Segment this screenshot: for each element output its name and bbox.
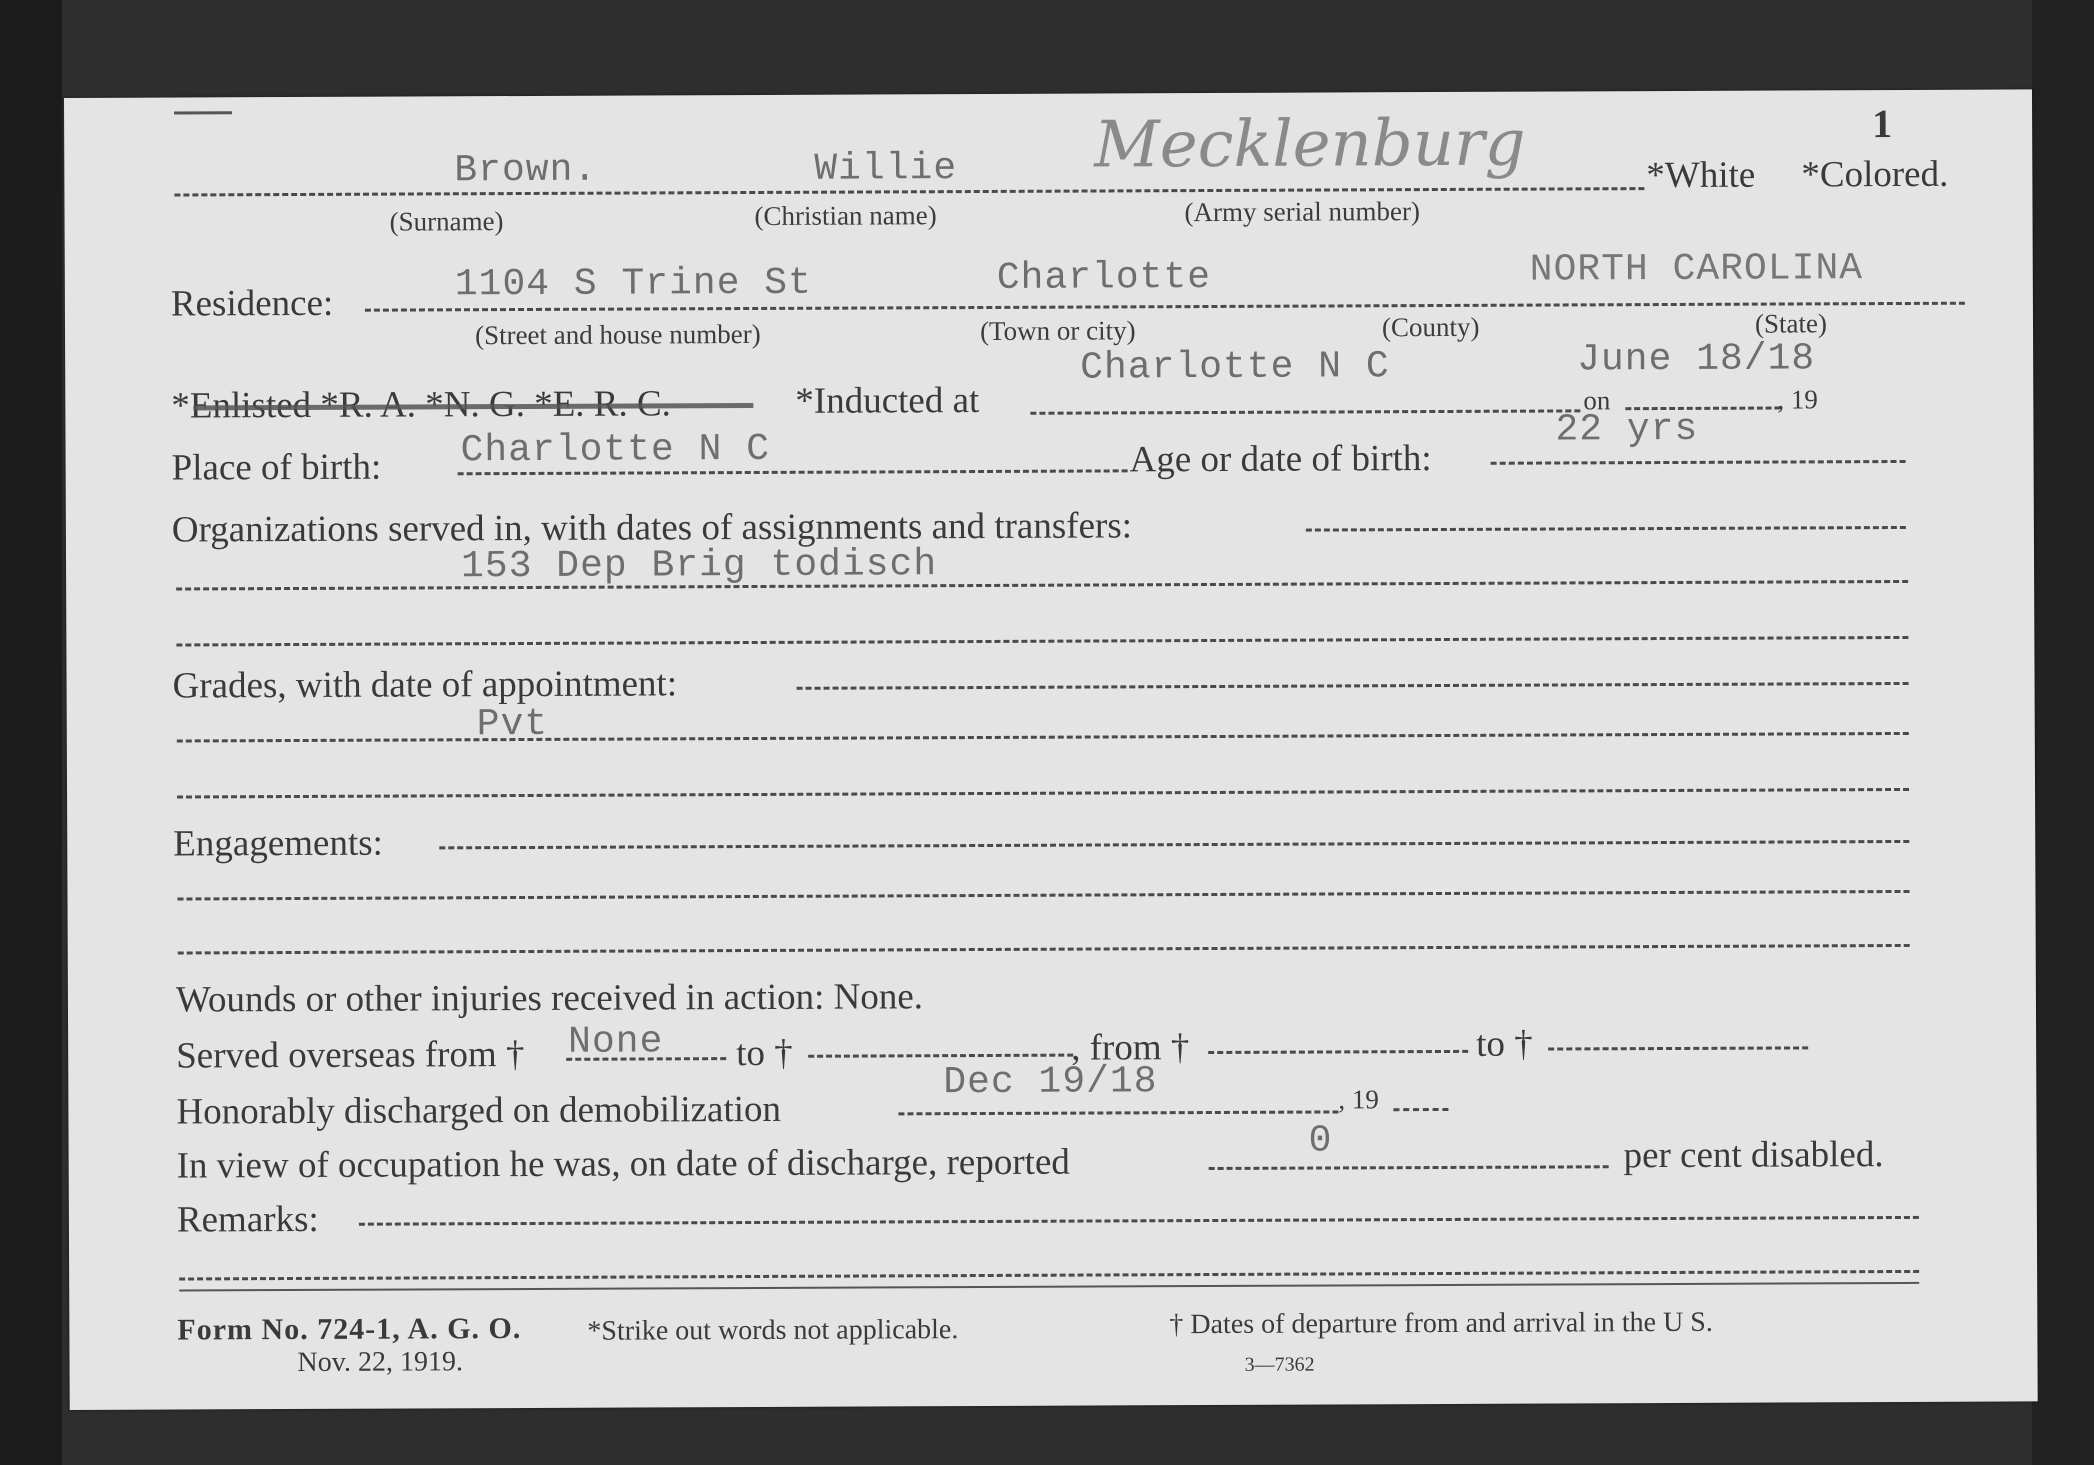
place-of-birth-value: Charlotte N C: [460, 431, 770, 470]
disability-percent-value: 0: [1308, 1122, 1332, 1160]
scan-border-right: [2032, 0, 2094, 1465]
race-option-colored: *Colored.: [1801, 156, 1948, 194]
form-date: Nov. 22, 1919.: [297, 1348, 463, 1377]
inducted-at-label: *Inducted at: [795, 382, 979, 420]
engagements-label: Engagements:: [173, 825, 383, 863]
residence-street-value: 1104 S Trine St: [455, 265, 812, 305]
disability-line: [1209, 1165, 1609, 1170]
army-serial-number-label: (Army serial number): [1184, 198, 1420, 226]
inducted-at-line: [1030, 409, 1580, 414]
engagements-line-1: [439, 840, 1909, 849]
discharge-year-line: [1393, 1108, 1448, 1111]
discharge-date-line: [898, 1110, 1338, 1115]
induction-date-value: June 18/18: [1577, 340, 1815, 379]
residence-label: Residence:: [171, 285, 333, 323]
overseas-from-line: [566, 1057, 726, 1061]
engagements-line-2: [177, 890, 1909, 901]
street-label: (Street and house number): [475, 321, 761, 349]
surname-value: Brown.: [454, 152, 597, 191]
form-number: Form No. 724-1, A. G. O.: [177, 1314, 521, 1346]
age-label: Age or date of birth:: [1130, 440, 1432, 478]
overseas-to-label-2: to †: [1476, 1026, 1533, 1063]
disability-suffix: per cent disabled.: [1624, 1136, 1884, 1174]
remarks-line-2: [179, 1270, 1919, 1281]
grades-line-2: [177, 732, 1909, 743]
grades-label: Grades, with date of appointment:: [172, 665, 677, 704]
strike-out-note: *Strike out words not applicable.: [587, 1316, 958, 1346]
footer-divider: [179, 1282, 1919, 1292]
place-of-birth-label: Place of birth:: [172, 449, 382, 487]
served-overseas-label: Served overseas from †: [176, 1036, 524, 1075]
organizations-line-2: [176, 580, 1908, 591]
town-label: (Town or city): [980, 317, 1136, 345]
print-code: 3—7362: [1244, 1355, 1314, 1375]
state-label: (State): [1755, 310, 1827, 337]
age-line: [1491, 460, 1906, 465]
overseas-from-value: None: [568, 1023, 663, 1061]
surname-label: (Surname): [389, 208, 503, 235]
engagements-line-3: [178, 944, 1910, 955]
christian-name-label: (Christian name): [754, 202, 936, 230]
discharge-date-value: Dec 19/18: [943, 1063, 1157, 1102]
age-value: 22 yrs: [1555, 411, 1698, 450]
scan-border-left: [0, 0, 62, 1465]
induction-year-label: , 19: [1777, 386, 1818, 413]
residence-state-value: NORTH CAROLINA: [1530, 250, 1863, 289]
discharge-year-label: , 19: [1338, 1086, 1379, 1113]
race-option-white: *White: [1646, 157, 1755, 194]
overseas-to-label: to †: [736, 1035, 793, 1072]
card-number: 1: [1872, 104, 1892, 144]
inducted-at-value: Charlotte N C: [1080, 348, 1390, 387]
grades-line-1: [797, 682, 1909, 690]
wounds-text: Wounds or other injuries received in act…: [176, 978, 923, 1018]
county-label: (County): [1382, 314, 1480, 341]
grades-line-3: [177, 788, 1909, 799]
handwritten-county-annotation: Mecklenburg: [1094, 112, 1526, 178]
corner-mark: [174, 111, 232, 114]
remarks-line-1: [359, 1216, 1919, 1226]
christian-name-value: Willie: [814, 150, 957, 189]
service-record-card: 1 Brown. Willie Mecklenburg *White *Colo…: [64, 89, 2038, 1410]
dates-note: † Dates of departure from and arrival in…: [1169, 1309, 1713, 1339]
overseas-to-line: [808, 1054, 1073, 1058]
disability-label: In view of occupation he was, on date of…: [177, 1144, 1070, 1185]
residence-town-value: Charlotte: [997, 259, 1211, 298]
organization-entry: 153 Dep Brig todisch: [461, 546, 937, 586]
remarks-label: Remarks:: [177, 1201, 319, 1239]
organizations-line-1: [1306, 526, 1906, 532]
discharge-label: Honorably discharged on demobilization: [176, 1091, 781, 1131]
overseas-to-line-2: [1548, 1046, 1808, 1050]
organizations-line-3: [176, 636, 1908, 647]
organizations-label: Organizations served in, with dates of a…: [172, 507, 1132, 548]
overseas-from-line-2: [1208, 1050, 1468, 1054]
